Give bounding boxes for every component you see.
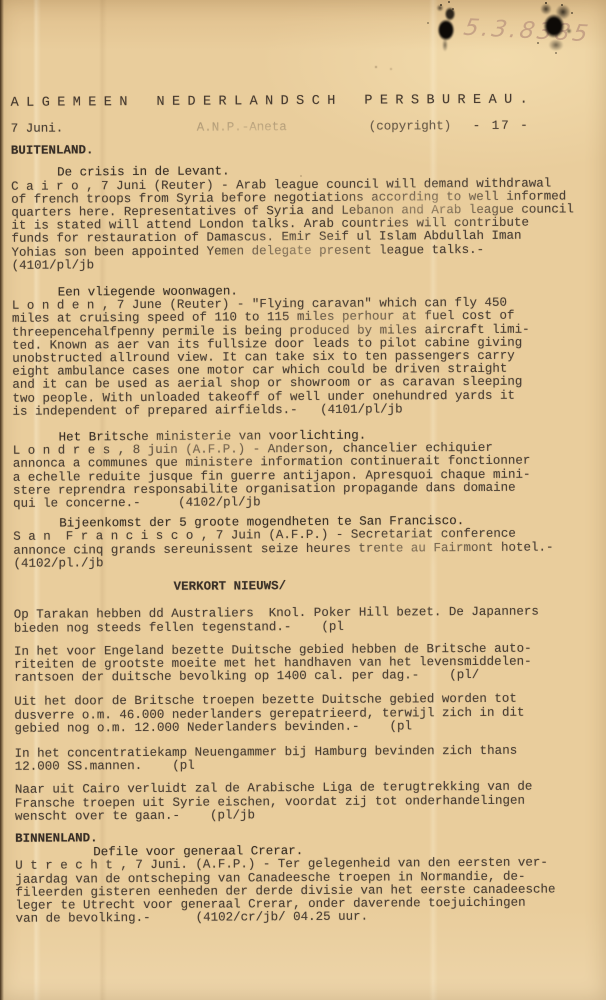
news-item-rations: In het voor Engeland bezette Duitsche ge… bbox=[14, 642, 602, 685]
issue-date: 7 Juni. bbox=[11, 123, 64, 137]
paper-speckles bbox=[0, 0, 2, 2]
news-item-repatriation: Uit het door de Britsche troepen bezette… bbox=[14, 693, 602, 736]
news-item-tarakan: Op Tarakan hebben dd Australiers Knol. P… bbox=[14, 605, 602, 635]
typed-content: ALGEMEEN NEDERLANDSCH PERSBUREAU. 7 Juni… bbox=[10, 0, 604, 926]
masthead-meta-row: 7 Juni. A.N.P.-Aneta (copyright) - 17 - bbox=[11, 119, 599, 138]
article-body: U t r e c h t , 7 Juni. (A.F.P.) - Ter g… bbox=[15, 857, 603, 927]
agency-label: A.N.P.-Aneta bbox=[197, 121, 287, 135]
news-item-neuengamme: In het concentratiekamp Neuengammer bij … bbox=[15, 744, 603, 774]
section-verkort-nieuws: VERKORT NIEUWS/ bbox=[14, 578, 602, 595]
article-levant-crisis: De crisis in de Levant. C a i r o , 7 Ju… bbox=[11, 164, 600, 273]
document-page: 5.3.8385 ALGEMEEN NEDERLANDSCH PERSBUREA… bbox=[0, 0, 606, 1000]
news-item-arab-league: Naar uit Cairo verluidt zal de Arabische… bbox=[15, 781, 603, 824]
article-crerar-parade: Defile voor generaal Crerar. U t r e c h… bbox=[15, 843, 603, 926]
article-body: L o n d e n , 7 June (Reuter) - "Flying … bbox=[12, 296, 601, 418]
article-body: L o n d r e s , 8 juin (A.F.P.) - Anders… bbox=[13, 441, 601, 511]
masthead-title: ALGEMEEN NEDERLANDSCH PERSBUREAU. bbox=[11, 93, 599, 110]
article-british-ministry: Het Britsche ministerie van voorlichting… bbox=[13, 428, 601, 511]
ink-stain-left bbox=[430, 0, 464, 52]
page-number: - 17 - bbox=[473, 120, 530, 134]
copyright-label: (copyright) bbox=[369, 120, 452, 134]
article-san-francisco: Bijeenkomst der 5 groote mogendheten te … bbox=[13, 514, 601, 570]
article-flying-caravan: Een vliegende woonwagen. L o n d e n , 7… bbox=[12, 283, 601, 419]
section-buitenland: BUITENLAND. bbox=[11, 141, 599, 158]
article-body: S a n F r a n c i s c o , 7 Juin (A.F.P.… bbox=[13, 528, 601, 571]
ink-stain-right bbox=[534, 0, 576, 56]
article-body: C a i r o , 7 Juni (Reuter) - Arab leagu… bbox=[11, 177, 600, 273]
